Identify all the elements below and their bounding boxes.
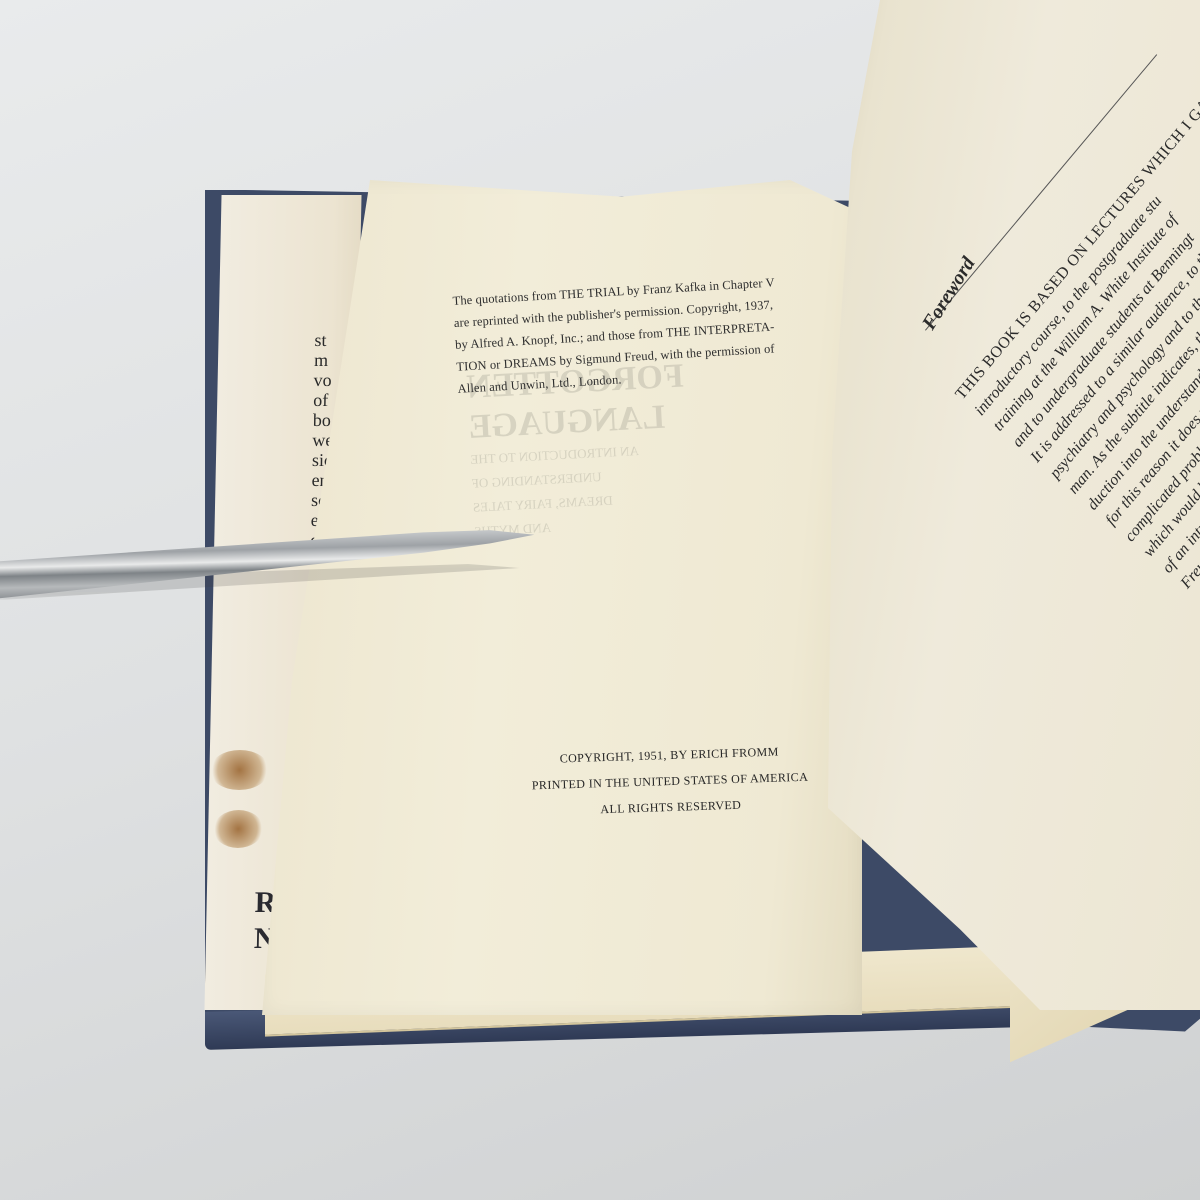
jacket-fragment: vo bbox=[313, 370, 335, 390]
jacket-fragment: of bbox=[313, 390, 335, 410]
permission-notice: The quotations from THE TRIAL by Franz K… bbox=[452, 267, 858, 400]
jacket-fragment: m bbox=[314, 350, 336, 370]
copyright-notice: COPYRIGHT, 1951, BY ERICH FROMM PRINTED … bbox=[499, 737, 841, 826]
water-stain bbox=[209, 750, 270, 790]
jacket-fragment: st bbox=[314, 330, 336, 350]
water-stain bbox=[213, 810, 264, 848]
